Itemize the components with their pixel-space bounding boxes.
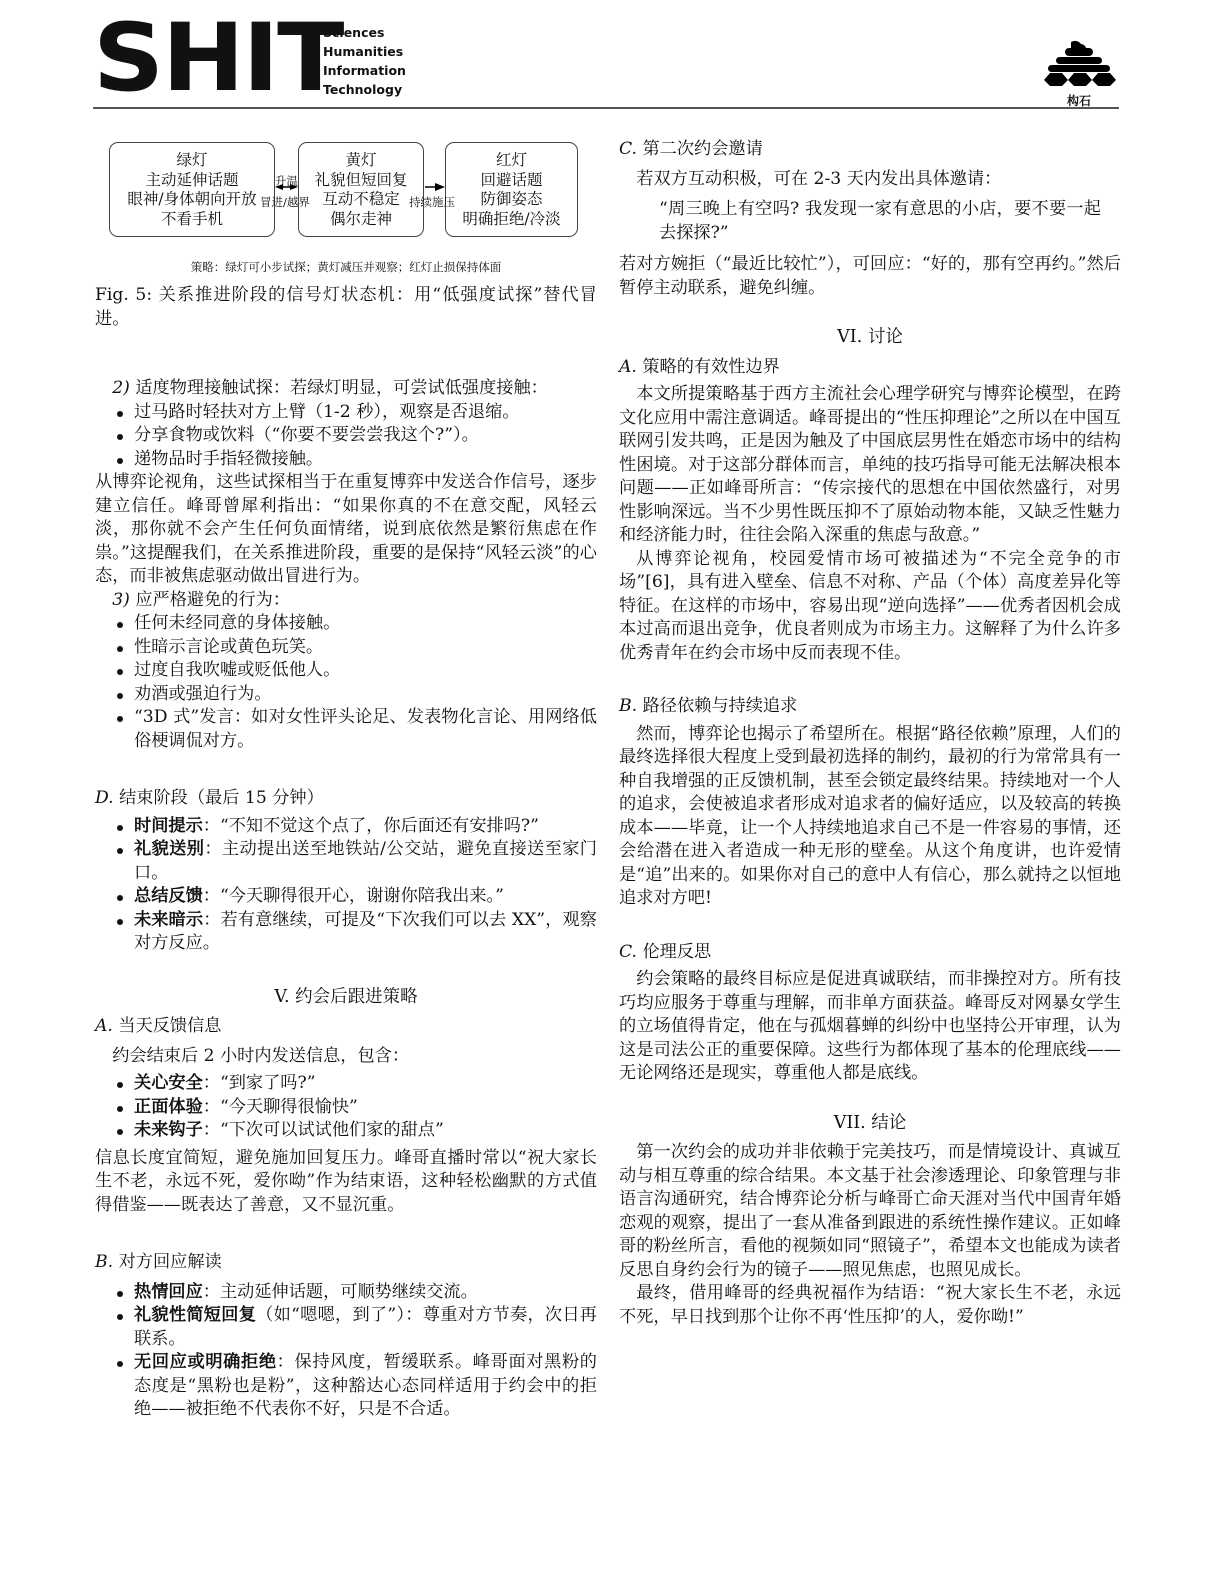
body-paragraph: 第一次约会的成功并非依赖于完美技巧，而是情境设计、真诚互动与相互尊重的综合结果。…	[619, 1141, 1121, 1282]
subsection-heading-d: D. 结束阶段（最后 15 分钟）	[95, 787, 597, 811]
paragraph-heading-2: 2) 适度物理接触试探：若绿灯明显，可尝试低强度接触：	[95, 377, 597, 401]
list-item: 过马路时轻扶对方上臂（1-2 秒），观察是否退缩。	[95, 401, 597, 425]
list-item: “3D 式”发言：如对女性评头论足、发表物化言论、用网络低俗梗调侃对方。	[95, 706, 597, 753]
figure-state-machine: 绿灯 主动延伸话题 眼神/身体朝向开放 不看手机 黄灯 礼貌但短回复 互动不稳定…	[95, 130, 597, 278]
body-paragraph: 本文所提策略基于西方主流社会心理学研究与博弈论模型，在跨文化应用中需注意调适。峰…	[619, 383, 1121, 548]
edge-label-overstep: 冒进/越界	[260, 191, 310, 215]
journal-logo-subtitle: Sciences Humanities Information Technolo…	[323, 23, 406, 99]
subsection-heading-5c: C. 第二次约会邀请	[619, 138, 1121, 162]
subsection-heading-6c: C. 伦理反思	[619, 941, 1121, 965]
list-item: 时间提示：“不知不觉这个点了，你后面还有安排吗?”	[95, 815, 597, 839]
left-column: 绿灯 主动延伸话题 眼神/身体朝向开放 不看手机 黄灯 礼貌但短回复 互动不稳定…	[95, 130, 597, 1422]
right-column: C. 第二次约会邀请 若双方互动积极，可在 2-3 天内发出具体邀请： “周三晚…	[619, 130, 1121, 1329]
list-item: 任何未经同意的身体接触。	[95, 612, 597, 636]
publisher-logo: 构石	[1039, 40, 1119, 109]
journal-header: SHIT Sciences Humanities Information Tec…	[93, 18, 1119, 108]
subsection-heading-5b: B. 对方回应解读	[95, 1251, 597, 1275]
section-heading-vi: VI. 讨论	[619, 326, 1121, 350]
body-paragraph: 从博弈论视角，这些试探相当于在重复博弈中发送合作信号，逐步建立信任。峰哥曾犀利指…	[95, 471, 597, 589]
body-paragraph: 最终，借用峰哥的经典祝福作为结语：“祝大家长生不老，永远不死，早日找到那个让你不…	[619, 1282, 1121, 1329]
invitation-quote: “周三晚上有空吗? 我发现一家有意思的小店，要不要一起去探探?”	[619, 198, 1121, 245]
list-avoid-behaviors: 任何未经同意的身体接触。 性暗示言论或黄色玩笑。 过度自我吹嘘或贬低他人。 劝酒…	[95, 612, 597, 753]
list-physical-contact: 过马路时轻扶对方上臂（1-2 秒），观察是否退缩。 分享食物或饮料（“你要不要尝…	[95, 401, 597, 472]
list-item: 热情回应：主动延伸话题，可顺势继续交流。	[95, 1281, 597, 1305]
list-item: 礼貌性简短回复（如“嗯嗯，到了”）：尊重对方节奏，次日再联系。	[95, 1304, 597, 1351]
list-item: 关心安全：“到家了吗?”	[95, 1072, 597, 1096]
subsection-heading-6b: B. 路径依赖与持续追求	[619, 695, 1121, 719]
list-item: 性暗示言论或黄色玩笑。	[95, 636, 597, 660]
journal-logo: SHIT	[93, 12, 342, 106]
figure-note: 策略：绿灯可小步试探；黄灯减压并观察；红灯止损保持体面	[95, 256, 597, 280]
list-item: 递物品时手指轻微接触。	[95, 448, 597, 472]
list-ending-phase: 时间提示：“不知不觉这个点了，你后面还有安排吗?” 礼貌送别：主动提出送至地铁站…	[95, 815, 597, 956]
list-item: 未来钩子：“下次可以试试他们家的甜点”	[95, 1119, 597, 1143]
edge-label-pressure: 持续施压	[409, 191, 455, 215]
body-paragraph: 约会结束后 2 小时内发送信息，包含：	[95, 1045, 597, 1069]
body-paragraph: 从博弈论视角，校园爱情市场可被描述为“不完全竞争的市场”[6]，具有进入壁垒、信…	[619, 548, 1121, 666]
list-item: 无回应或明确拒绝：保持风度，暂缓联系。峰哥面对黑粉的态度是“黑粉也是粉”，这种豁…	[95, 1351, 597, 1422]
subsection-heading-5a: A. 当天反馈信息	[95, 1015, 597, 1039]
edge-label-warm-up: 升温	[275, 170, 298, 194]
section-heading-vii: VII. 结论	[619, 1112, 1121, 1136]
list-item: 正面体验：“今天聊得很愉快”	[95, 1096, 597, 1120]
figure-caption: Fig. 5: 关系推进阶段的信号灯状态机：用“低强度试探”替代冒进。	[95, 284, 597, 331]
header-divider	[93, 107, 1119, 109]
list-item: 总结反馈：“今天聊得很开心，谢谢你陪我出来。”	[95, 885, 597, 909]
list-response-reading: 热情回应：主动延伸话题，可顺势继续交流。 礼貌性简短回复（如“嗯嗯，到了”）：尊…	[95, 1281, 597, 1422]
list-same-day-message: 关心安全：“到家了吗?” 正面体验：“今天聊得很愉快” 未来钩子：“下次可以试试…	[95, 1072, 597, 1143]
list-item: 劝酒或强迫行为。	[95, 683, 597, 707]
body-paragraph: 约会策略的最终目标应是促进真诚联结，而非操控对方。所有技巧均应服务于尊重与理解，…	[619, 968, 1121, 1086]
transition-arrows	[95, 130, 597, 250]
paragraph-heading-3: 3) 应严格避免的行为：	[95, 589, 597, 613]
section-heading-v: V. 约会后跟进策略	[95, 986, 597, 1010]
list-item: 未来暗示：若有意继续，可提及“下次我们可以去 XX”，观察对方反应。	[95, 909, 597, 956]
subsection-heading-6a: A. 策略的有效性边界	[619, 356, 1121, 380]
list-item: 礼貌送别：主动提出送至地铁站/公交站，避免直接送至家门口。	[95, 838, 597, 885]
body-paragraph: 若对方婉拒（“最近比较忙”），可回应：“好的，那有空再约。”然后暂停主动联系，避…	[619, 253, 1121, 300]
body-paragraph: 然而，博弈论也揭示了希望所在。根据“路径依赖”原理，人们的最终选择很大程度上受到…	[619, 723, 1121, 911]
body-paragraph: 信息长度宜简短，避免施加回复压力。峰哥直播时常以“祝大家长生不老，永远不死，爱你…	[95, 1147, 597, 1218]
body-paragraph: 若双方互动积极，可在 2-3 天内发出具体邀请：	[619, 168, 1121, 192]
stone-pile-icon	[1041, 40, 1117, 86]
list-item: 分享食物或饮料（“你要不要尝尝我这个?”）。	[95, 424, 597, 448]
list-item: 过度自我吹嘘或贬低他人。	[95, 659, 597, 683]
